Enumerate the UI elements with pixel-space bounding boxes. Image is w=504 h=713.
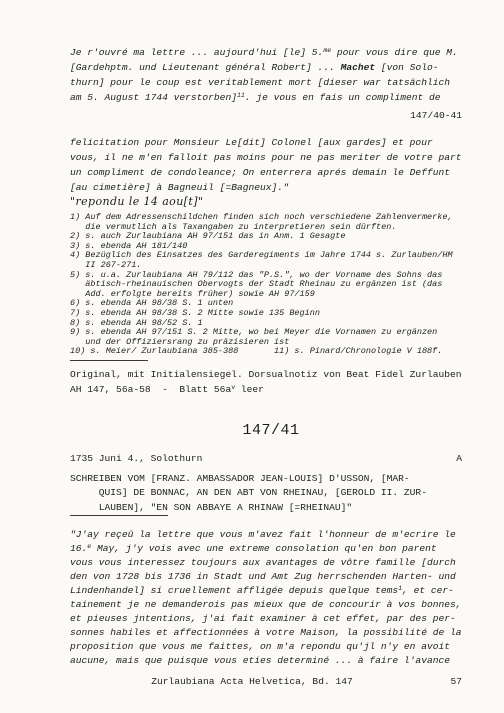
series-title: Zurlaubiana Acta Helvetica, Bd. 147: [151, 676, 353, 687]
text-line: "J'ay reçeû la lettre que vous m'avez fa…: [70, 528, 472, 542]
text-line: un compliment de condoleance; On enterre…: [70, 165, 472, 180]
dorsal-reply-note: "repondu le 14 aou[t]": [70, 195, 472, 209]
text-line: sonnes habiles et affectionnées à votre …: [70, 626, 472, 640]
text-line: thurn] pour le coup est veritablement mo…: [70, 75, 472, 90]
entry-date-place: 1735 Juni 4., Solothurn: [70, 451, 202, 466]
footnote-separator-rule: [70, 360, 148, 361]
text-line: LAUBEN], "EN SON ABBAYE A RHINAW [=RHEIN…: [70, 501, 472, 516]
text-line: tainement je ne demanderois pas mieux qu…: [70, 598, 472, 612]
text-line: vous vous interessez toujours aux avanta…: [70, 556, 472, 570]
text-line: Original, mit Initialensiegel. Dorsualno…: [70, 367, 472, 382]
letter-body-paragraph: "J'ay reçeû la lettre que vous m'avez fa…: [70, 528, 472, 668]
running-entry-marker: 147/40-41: [70, 108, 472, 123]
text-column: Je r'ouvré ma lettre ... aujourd'hui [le…: [70, 45, 472, 668]
text-line: Je r'ouvré ma lettre ... aujourd'hui [le…: [70, 45, 472, 60]
text-line: felicitation pour Monsieur Le[dit] Colon…: [70, 135, 472, 150]
page-footer: Zurlaubiana Acta Helvetica, Bd. 147 57: [0, 676, 504, 688]
source-siglum: A: [456, 451, 462, 466]
text-line: vous, il ne m'en falloit pas moins pour …: [70, 150, 472, 165]
text-line: SCHREIBEN VOM [FRANZ. AMBASSADOR JEAN-LO…: [70, 472, 472, 487]
text-line: 16.e May, j'y vois avec une extreme cons…: [70, 542, 472, 556]
text-line: den von 1728 bis 1736 in Stadt und Amt Z…: [70, 570, 472, 584]
text-line: [Gardehptm. und Lieutenant général Rober…: [70, 60, 472, 75]
letter-quote-paragraph-2: felicitation pour Monsieur Le[dit] Colon…: [70, 135, 472, 195]
entry-title: SCHREIBEN VOM [FRANZ. AMBASSADOR JEAN-LO…: [70, 472, 472, 516]
text-line: QUIS] DE BONNAC, AN DEN ABT VON RHEINAU,…: [70, 486, 472, 501]
provenance-note: Original, mit Initialensiegel. Dorsualno…: [70, 367, 472, 397]
text-line: 10) s. Meier/ Zurlaubiana 385-388 11) s.…: [70, 347, 472, 357]
text-line: et pieuses jntentions, j'ai fait examine…: [70, 612, 472, 626]
page-number: 57: [450, 676, 462, 688]
text-line: AH 147, 56a-58 - Blatt 56av leer: [70, 382, 472, 397]
entry-dateline-row: 1735 Juni 4., Solothurn A: [70, 451, 472, 466]
letter-quote-paragraph-1: Je r'ouvré ma lettre ... aujourd'hui [le…: [70, 45, 472, 105]
entry-number-heading: 147/41: [70, 422, 472, 440]
text-line: aucune, mais que puisque vous eties dete…: [70, 654, 472, 668]
text-line: Lindenhandel] si cruellement affligée de…: [70, 584, 472, 598]
book-page: Je r'ouvré ma lettre ... aujourd'hui [le…: [0, 0, 504, 713]
title-separator-rule: [70, 515, 168, 516]
footnotes-block: 1) Auf dem Adressenschildchen finden sic…: [70, 213, 472, 357]
text-line: proposition que vous me faittes, on m'a …: [70, 640, 472, 654]
text-line: [au cimetière] à Bagneuil [=Bagneux].": [70, 180, 472, 195]
text-line: am 5. August 1744 verstorben]11. je vous…: [70, 90, 472, 105]
